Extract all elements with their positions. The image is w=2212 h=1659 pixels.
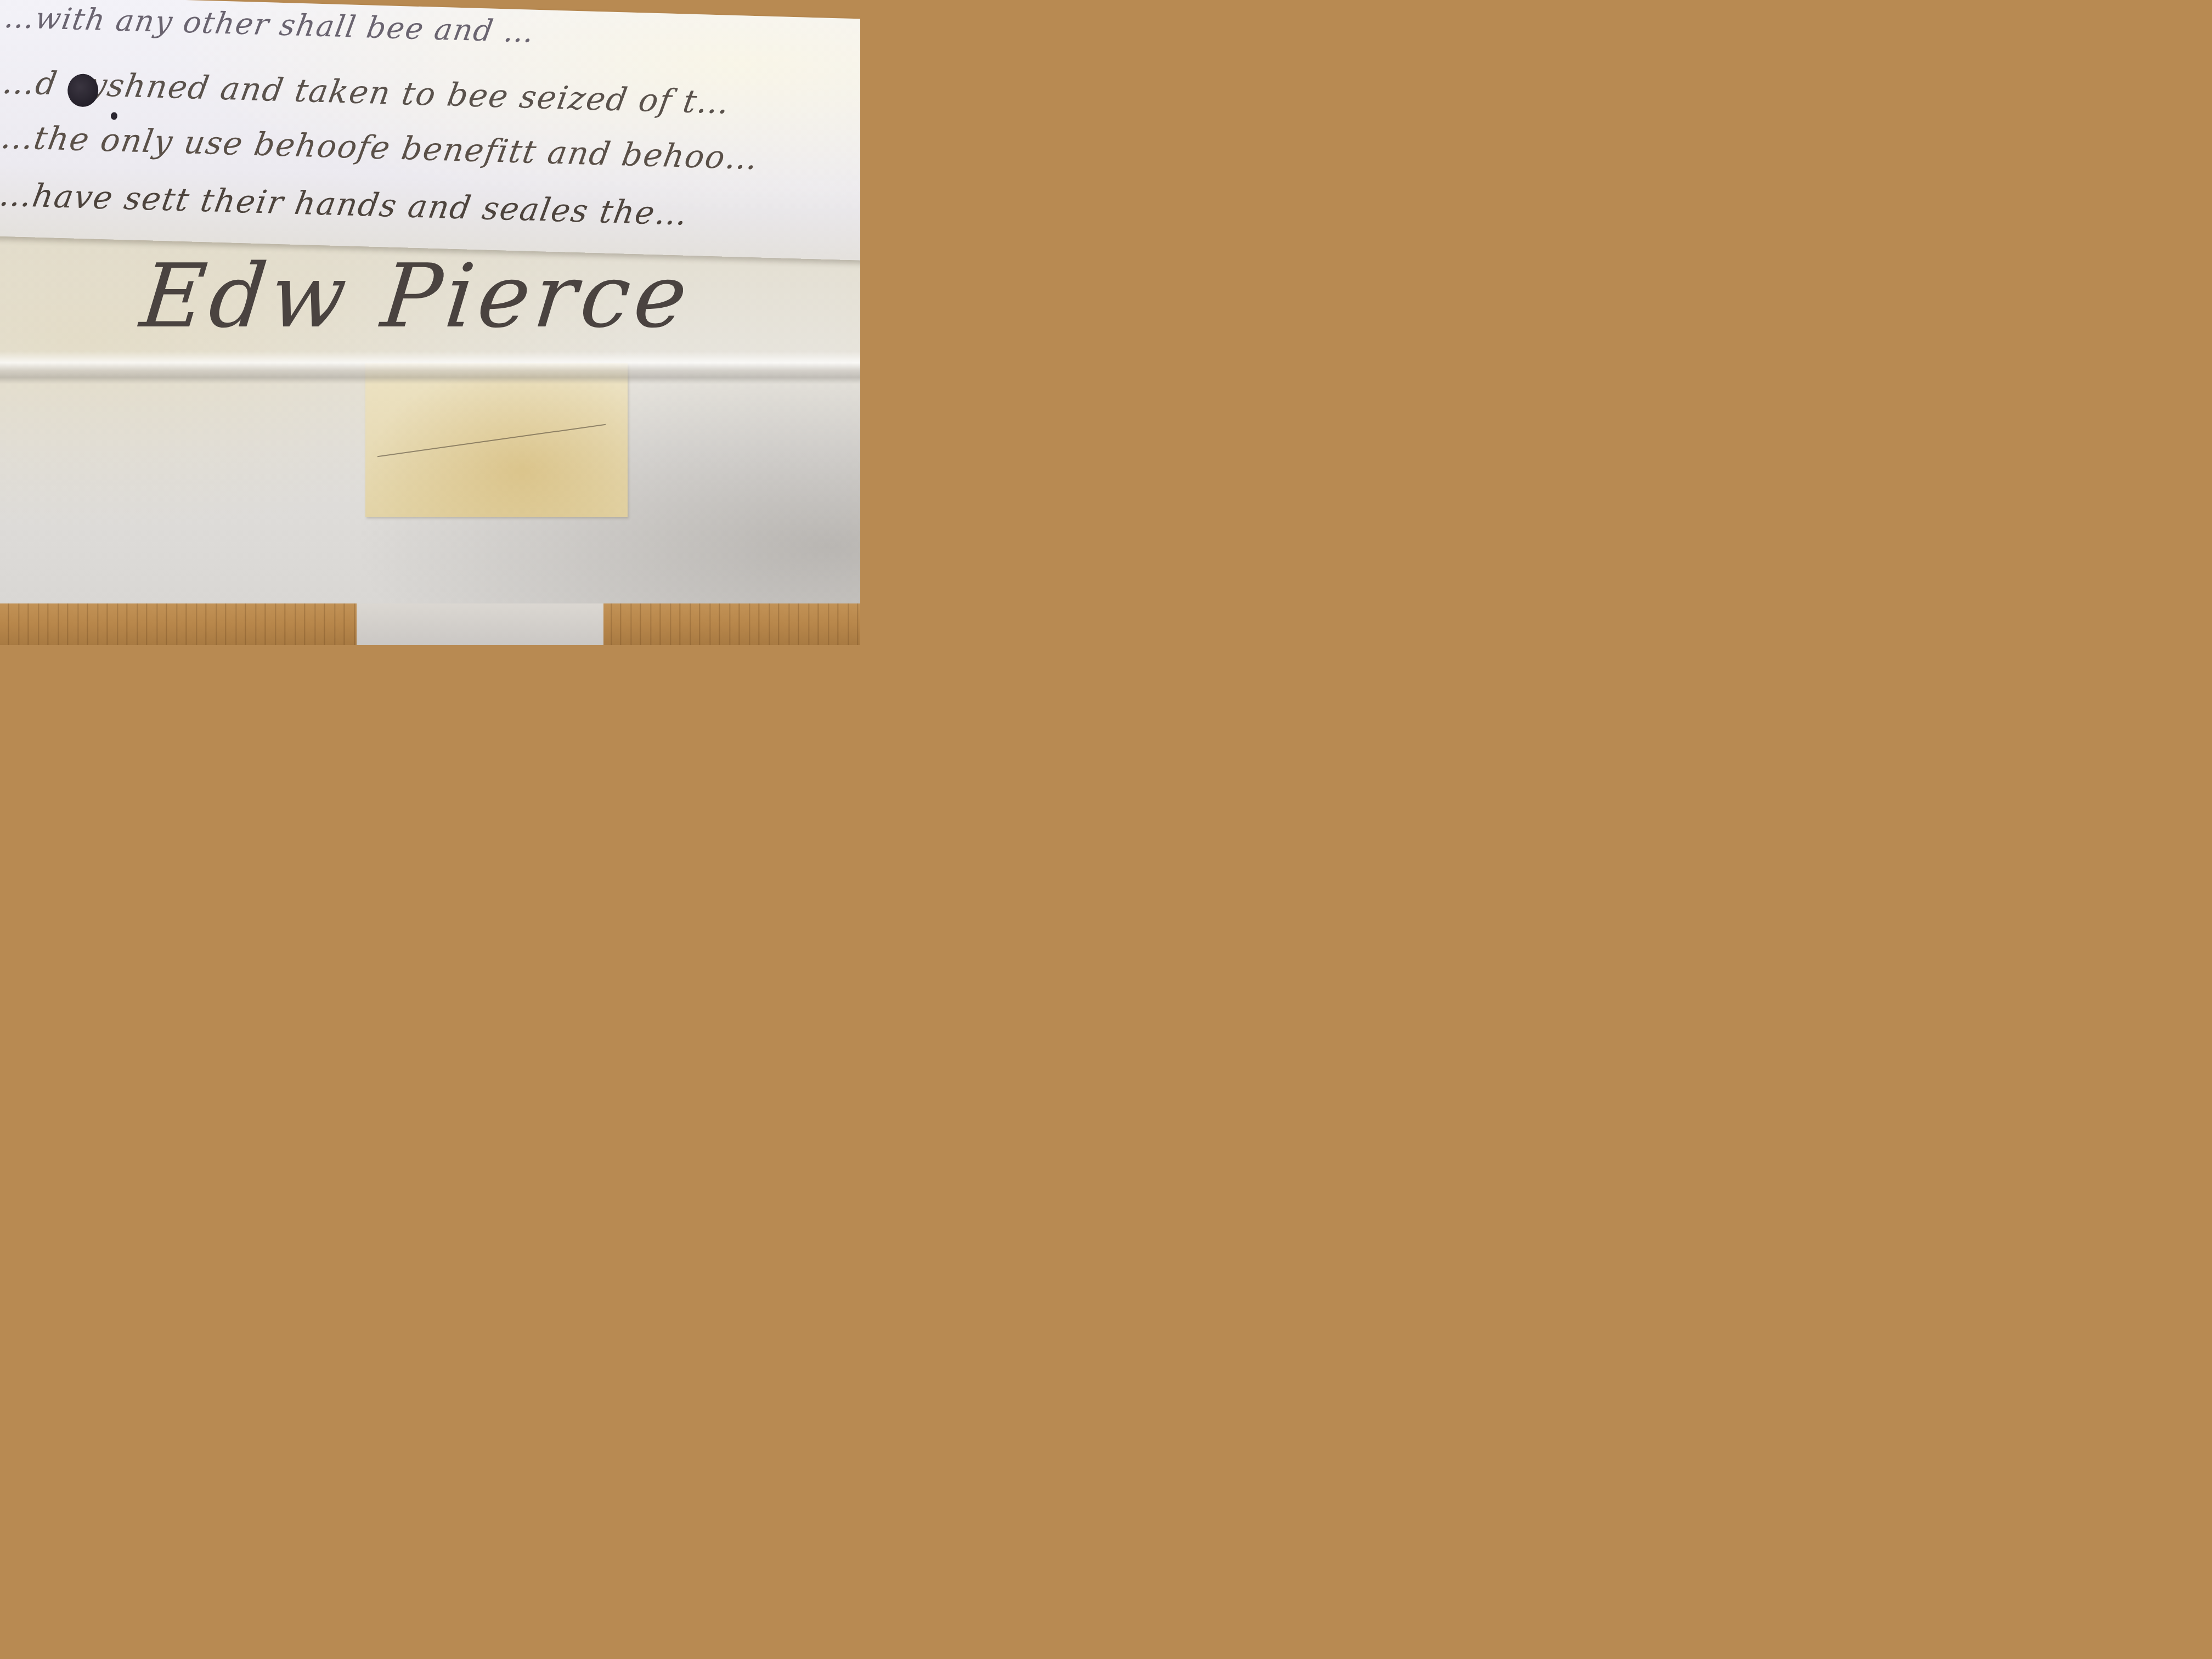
signature: Edw Pierce — [137, 252, 696, 340]
ink-dot — [111, 112, 117, 120]
fold-crease — [0, 351, 860, 384]
seal-tag — [365, 363, 628, 517]
deed-sheet: …with any other shall bee and … …d ayshn… — [0, 0, 860, 261]
document-photo: Edw Pierce …with any other shall bee and… — [0, 0, 860, 645]
deed-line-3: …the only use behoofe benefitt and behoo… — [0, 121, 761, 174]
deed-line-4: …have sett their hands and seales the… — [0, 179, 691, 230]
deed-line-1: …with any other shall bee and … — [2, 3, 537, 47]
deed-line-2: …d ayshned and taken to bee seized of t… — [1, 66, 733, 119]
folded-flap: Edw Pierce — [0, 225, 860, 603]
seal-tag-ink-line — [377, 424, 606, 457]
